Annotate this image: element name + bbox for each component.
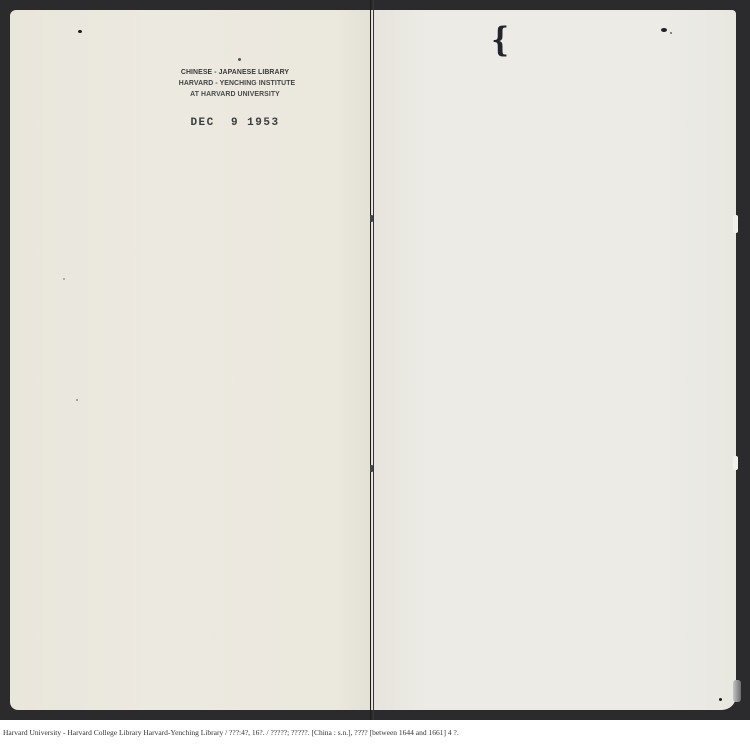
ink-spot [719,698,722,701]
ink-spot [63,278,65,280]
stamp-line-university: AT HARVARD UNIVERSITY [166,89,304,98]
fold-mark [370,215,373,222]
ink-spot [78,30,82,33]
ink-spot [670,32,672,34]
fold-mark [370,465,373,472]
left-page: CHINESE - JAPANESE LIBRARY HARVARD - YEN… [10,10,372,710]
page-edge-tab [733,215,738,233]
stamp-line-institute: HARVARD - YENCHING INSTITUTE [168,78,306,87]
page-corner-wear [733,680,741,702]
bracket-mark-icon: { [491,22,502,62]
stamp-line-library: CHINESE - JAPANESE LIBRARY [166,67,304,76]
ink-spot [661,28,667,32]
ink-spot [238,58,241,61]
ink-spot [76,399,78,401]
page-fold [371,10,373,710]
page-scan: CHINESE - JAPANESE LIBRARY HARVARD - YEN… [0,0,750,720]
right-page [373,10,736,710]
page-edge-tab [733,456,738,470]
catalog-caption: Harvard University - Harvard College Lib… [0,720,750,745]
stamp-date: DEC 9 1953 [185,117,285,129]
